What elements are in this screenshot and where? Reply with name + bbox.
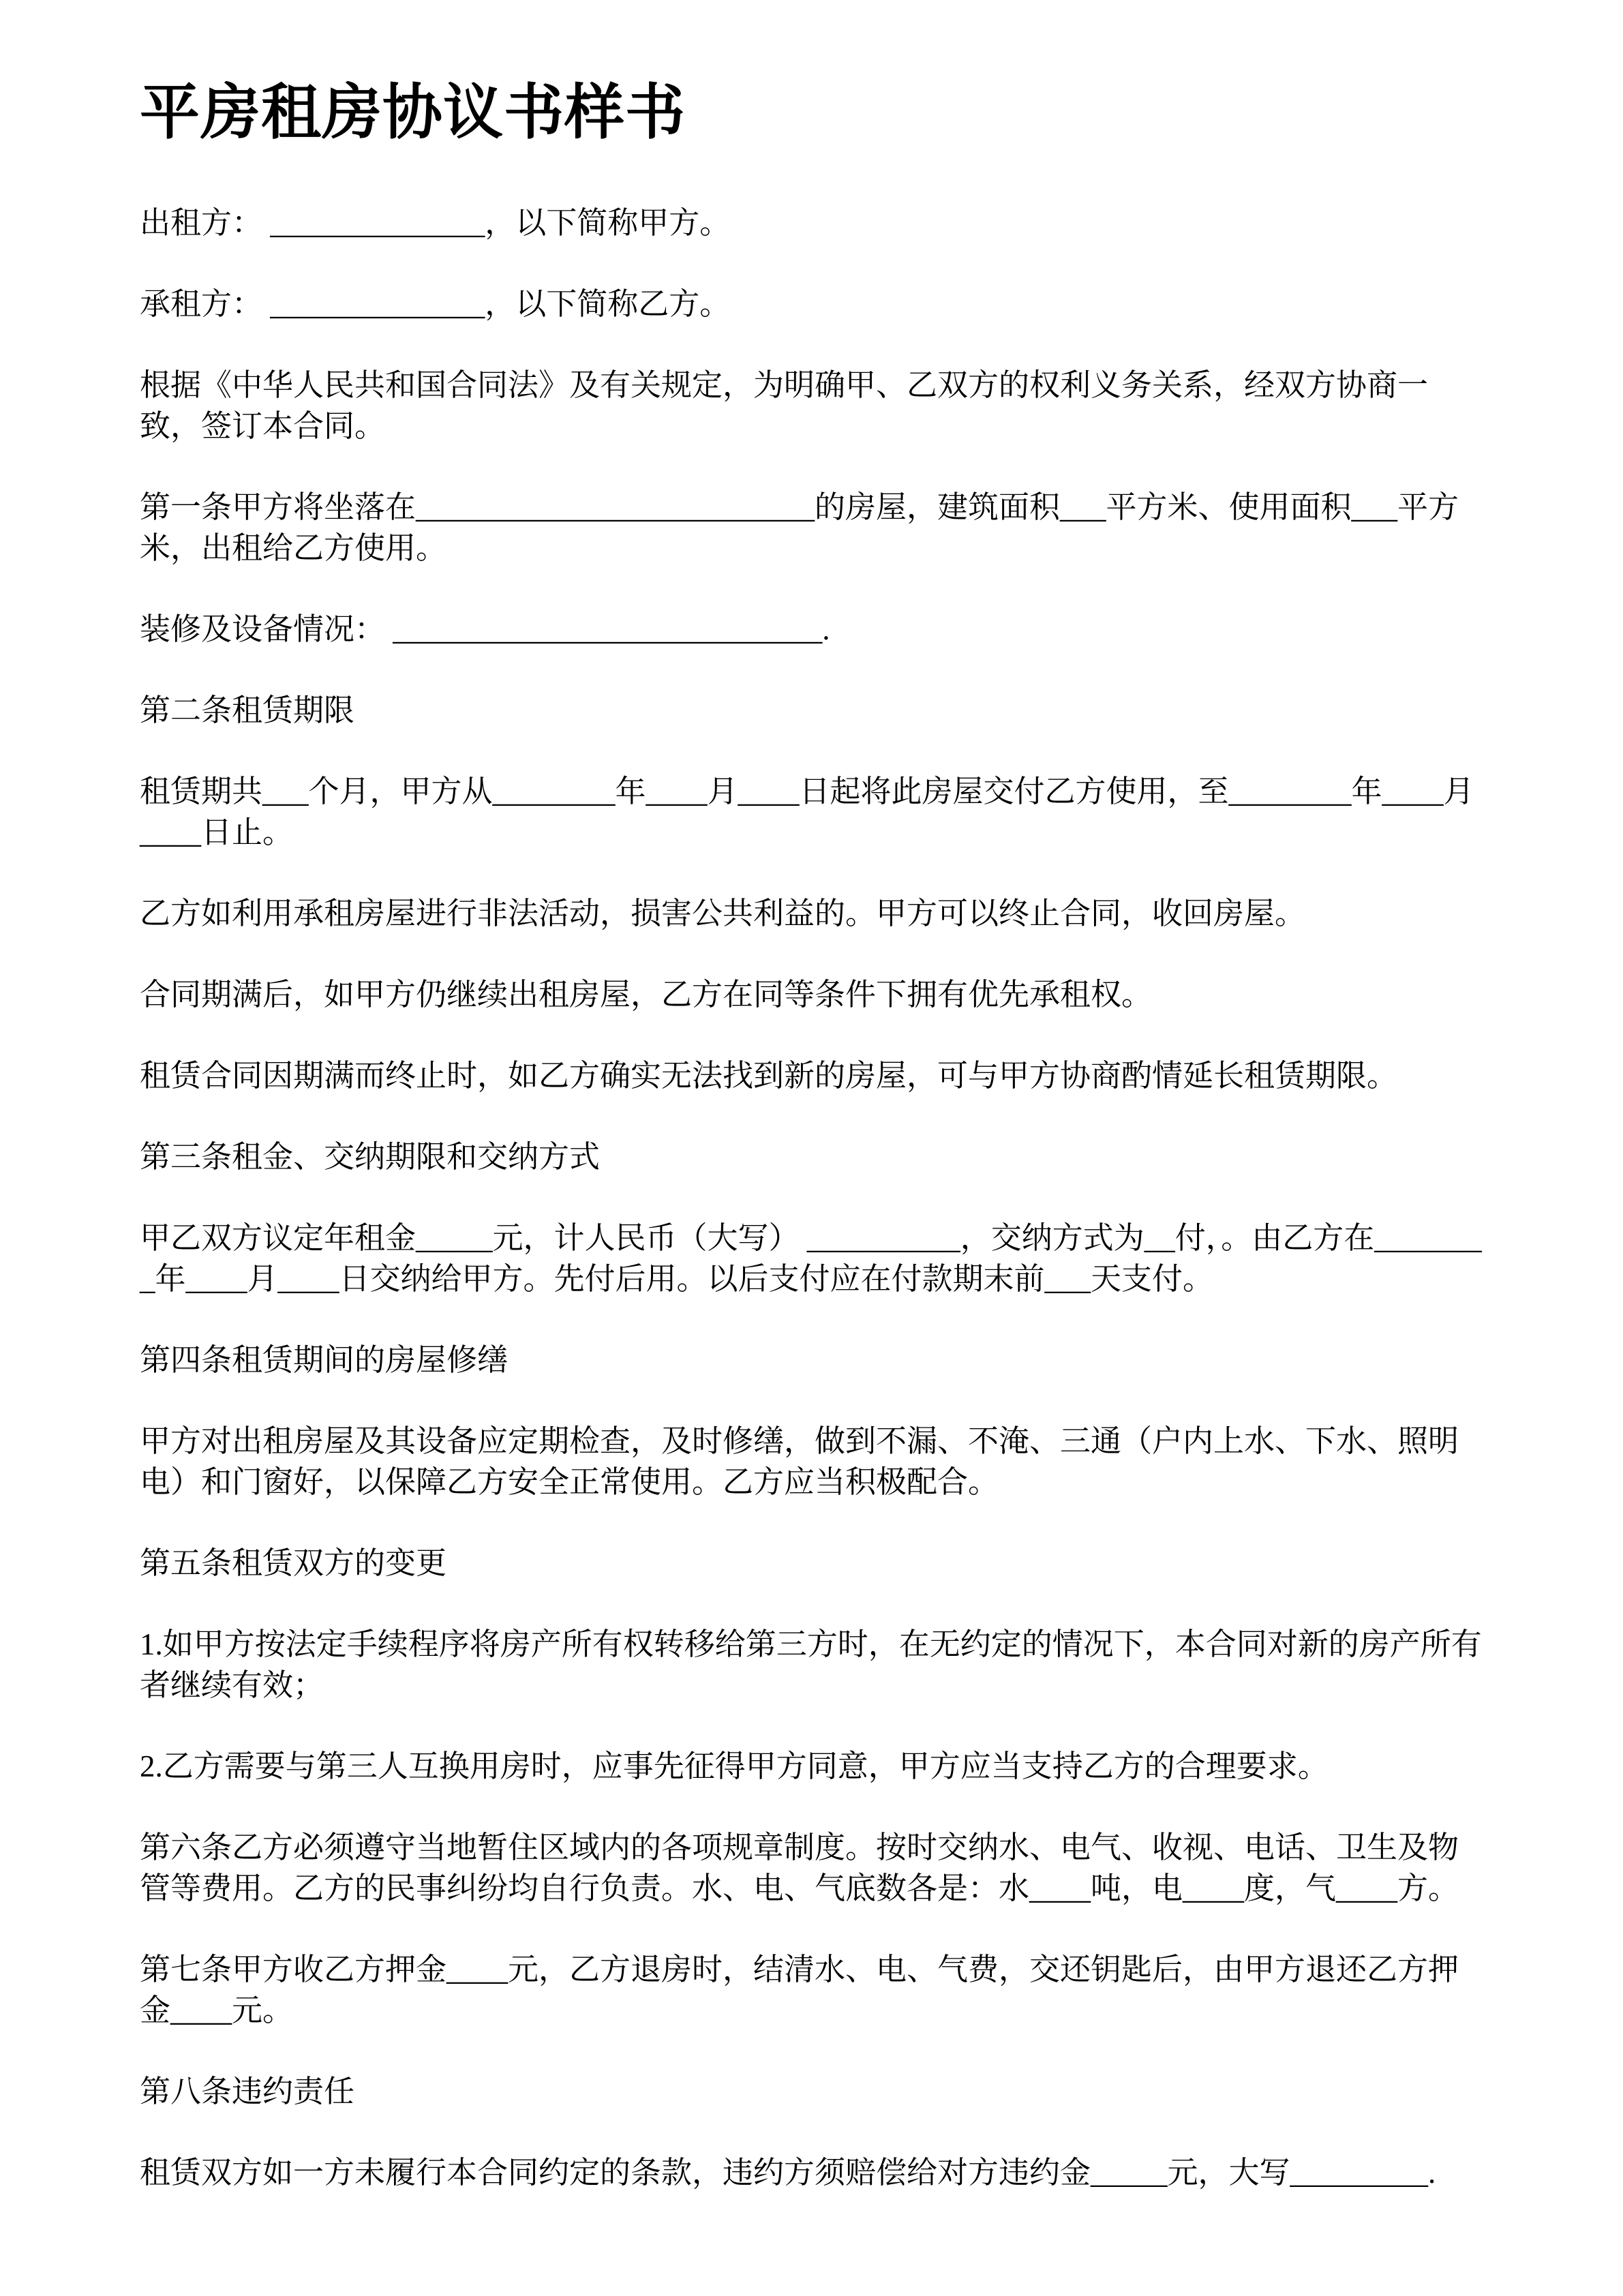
paragraph-term-extension: 租赁合同因期满而终止时，如乙方确实无法找到新的房屋，可与甲方协商酌情延长租赁期限… [140,1055,1483,1096]
paragraph-decoration-equipment: 装修及设备情况： ____________________________. [140,609,1483,650]
heading-article-8: 第八条违约责任 [140,2071,1483,2112]
paragraph-article-6: 第六条乙方必须遵守当地暂住区域内的各项规章制度。按时交纳水、电气、收视、电话、卫… [140,1827,1483,1909]
paragraph-lease-term: 租赁期共___个月，甲方从________年____月____日起将此房屋交付乙… [140,771,1483,853]
paragraph-repair-obligation: 甲方对出租房屋及其设备应定期检查，及时修缮，做到不漏、不淹、三通（户内上水、下水… [140,1421,1483,1502]
paragraph-ownership-transfer: 1.如甲方按法定手续程序将房产所有权转移给第三方时，在无约定的情况下，本合同对新… [140,1624,1483,1706]
heading-article-4: 第四条租赁期间的房屋修缮 [140,1340,1483,1380]
paragraph-lessor: 出租方： ______________，以下简称甲方。 [140,202,1483,243]
paragraph-article-7-deposit: 第七条甲方收乙方押金____元，乙方退房时，结清水、电、气费，交还钥匙后，由甲方… [140,1949,1483,2031]
paragraph-article-1: 第一条甲方将坐落在__________________________的房屋，建… [140,487,1483,569]
paragraph-exchange-consent: 2.乙方需要与第三人互换用房时，应事先征得甲方同意，甲方应当支持乙方的合理要求。 [140,1746,1483,1787]
document-title: 平房租房协议书样书 [140,80,1483,148]
paragraph-lessee: 承租方： ______________，以下简称乙方。 [140,284,1483,324]
paragraph-rent-payment: 甲乙双方议定年租金_____元，计人民币（大写） __________，交纳方式… [140,1218,1483,1299]
paragraph-priority-renewal: 合同期满后，如甲方仍继续出租房屋，乙方在同等条件下拥有优先承租权。 [140,974,1483,1015]
paragraph-breach-liability: 租赁双方如一方未履行本合同约定的条款，违约方须赔偿给对方违约金_____元，大写… [140,2152,1483,2193]
paragraph-illegal-use: 乙方如利用承租房屋进行非法活动，损害公共利益的。甲方可以终止合同，收回房屋。 [140,893,1483,934]
heading-article-5: 第五条租赁双方的变更 [140,1543,1483,1584]
heading-article-2: 第二条租赁期限 [140,690,1483,731]
heading-article-3: 第三条租金、交纳期限和交纳方式 [140,1136,1483,1177]
paragraph-preamble: 根据《中华人民共和国合同法》及有关规定，为明确甲、乙双方的权利义务关系，经双方协… [140,365,1483,447]
document-page: 平房租房协议书样书 出租方： ______________，以下简称甲方。 承租… [0,0,1623,2296]
